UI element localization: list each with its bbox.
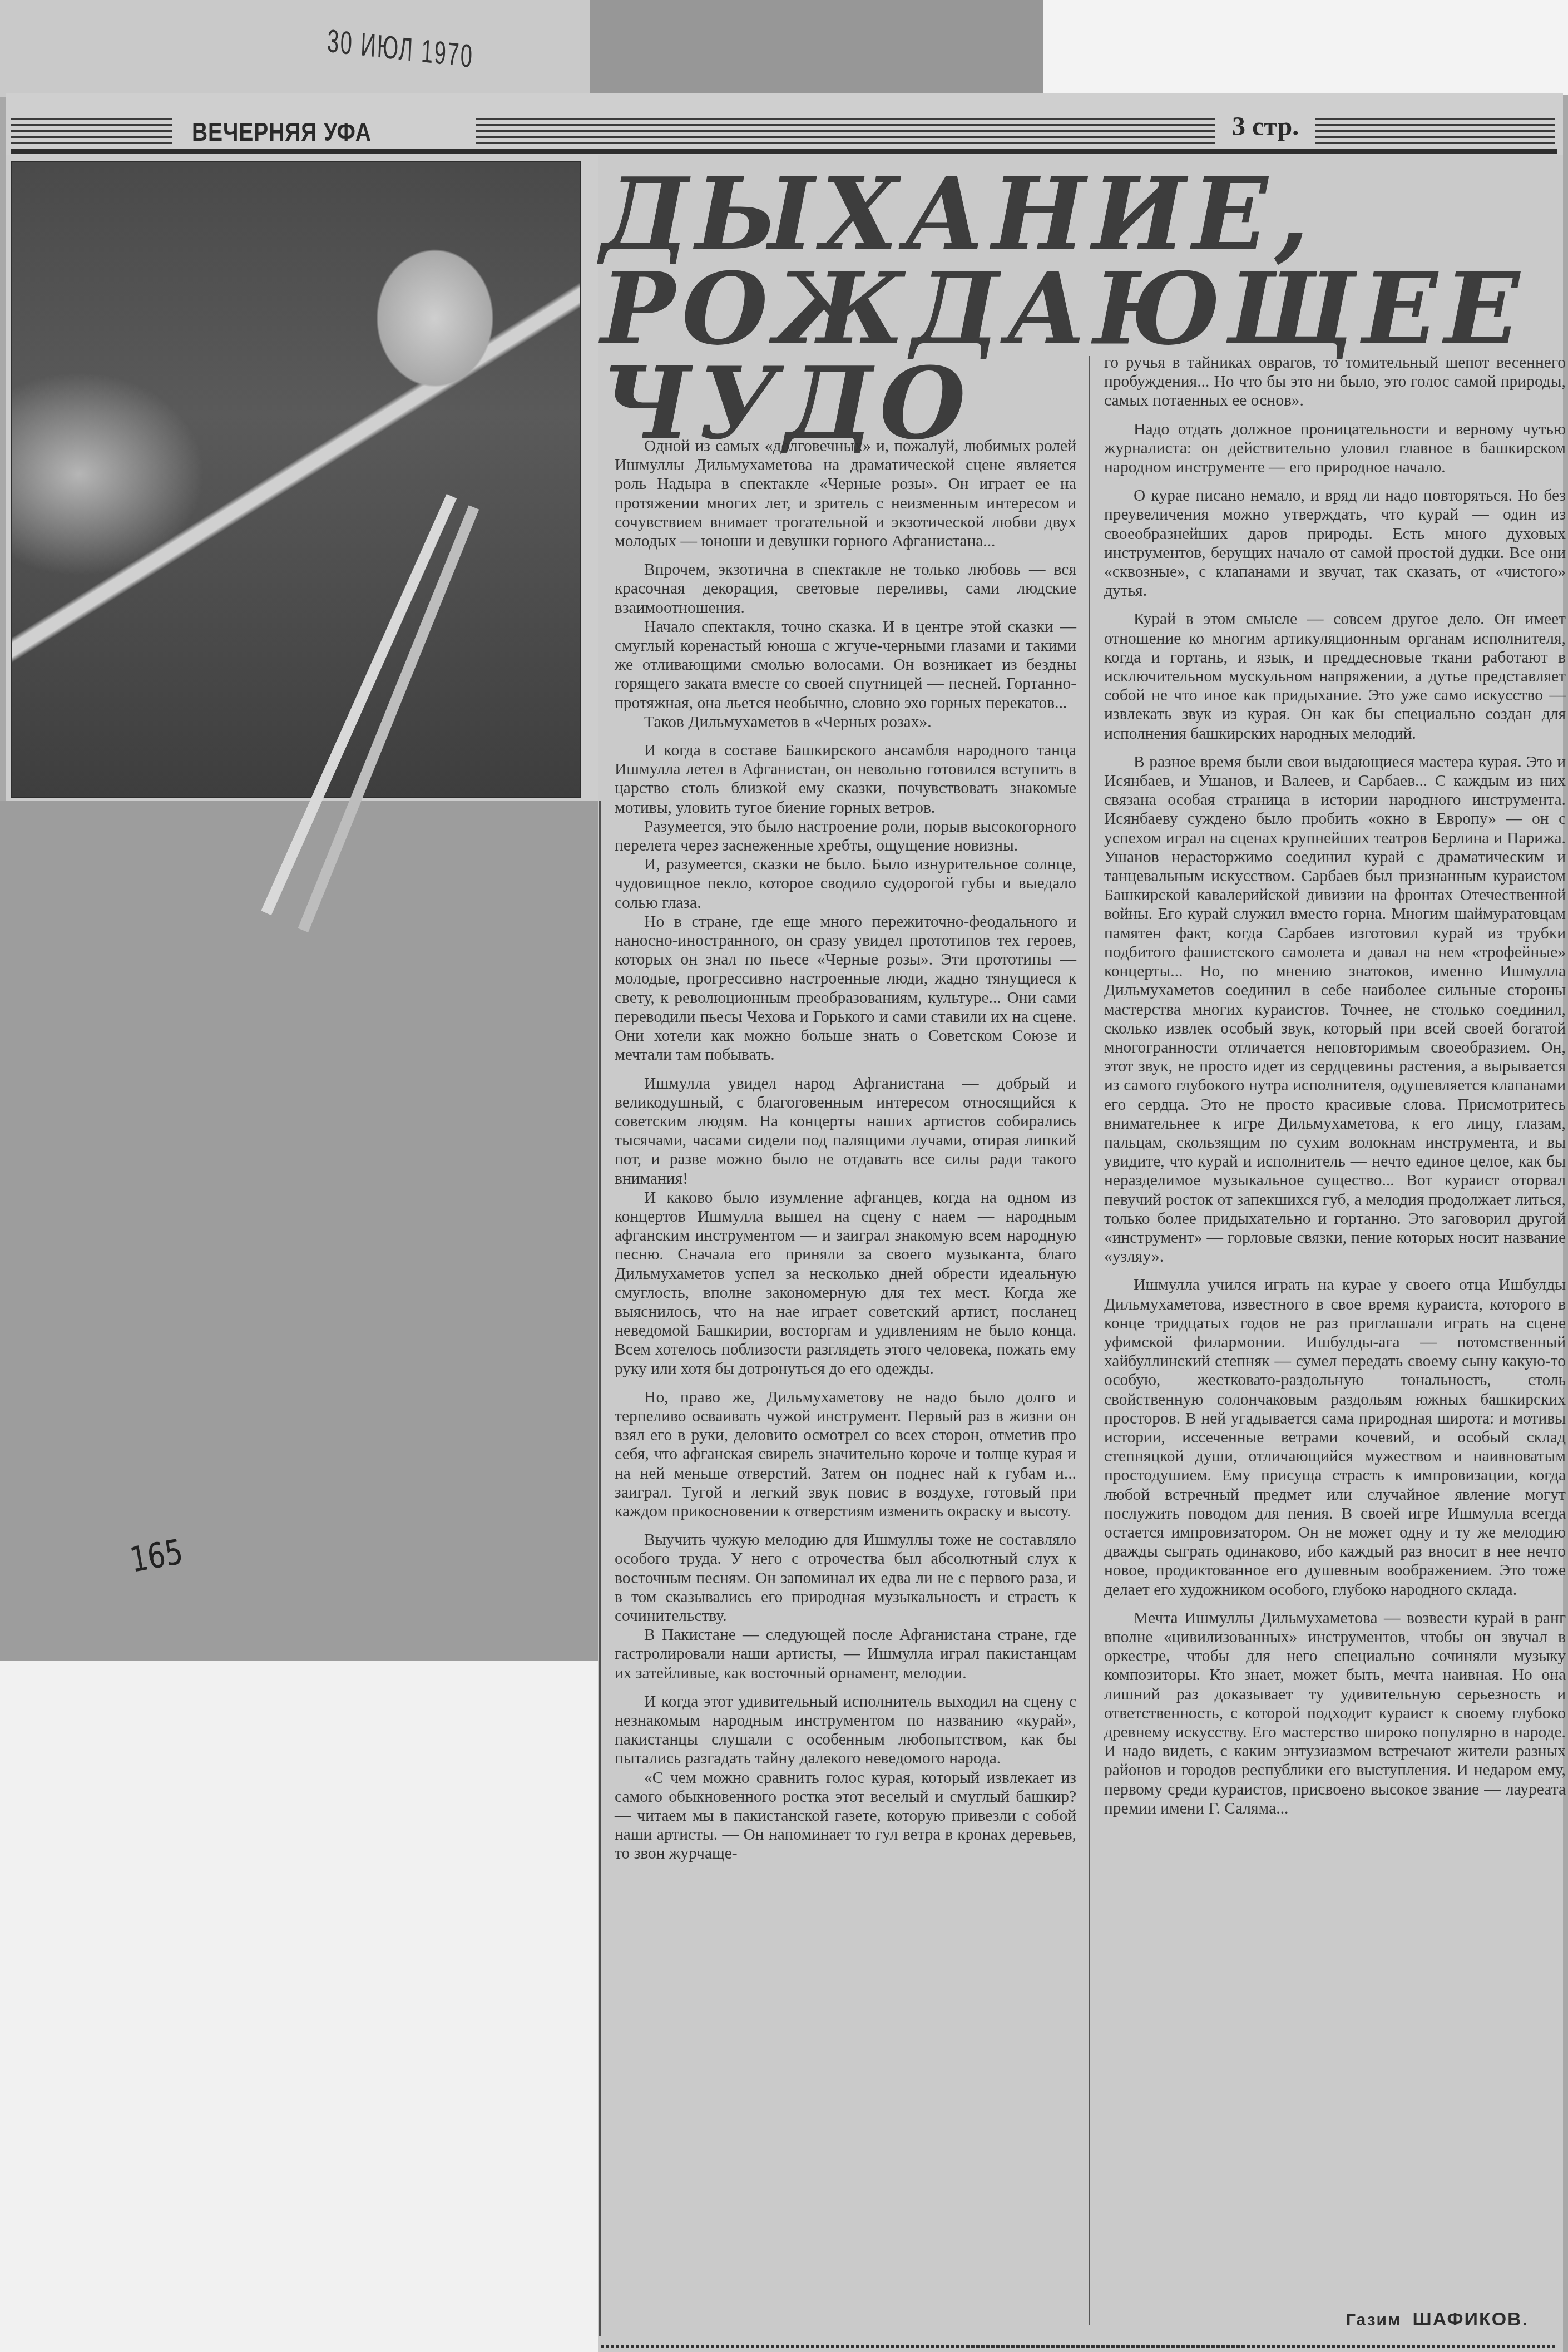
author-first-name: Газим bbox=[1346, 2311, 1401, 2329]
page-number: 3 стр. bbox=[1232, 111, 1299, 142]
paragraph: Ишмулла учился играть на курае у своего … bbox=[1104, 1276, 1566, 1599]
paragraph: Мечта Ишмуллы Дильмухаметова — возвести … bbox=[1104, 1609, 1566, 1818]
paragraph: Ишмулла увидел народ Афганистана — добры… bbox=[615, 1074, 1076, 1188]
column-rule-left bbox=[599, 801, 601, 2336]
paragraph: Надо отдать должное проницательности и в… bbox=[1104, 420, 1566, 477]
clipping-cut-edge bbox=[601, 2345, 1557, 2348]
article-column-right: го ручья в тайниках оврагов, то томитель… bbox=[1104, 353, 1566, 1818]
backing-paper-white-bottom bbox=[0, 1661, 598, 2352]
clipping-top-stub bbox=[0, 0, 590, 97]
paragraph: Впрочем, экзотична в спектакле не только… bbox=[615, 560, 1076, 617]
article-byline: Газим ШАФИКОВ. bbox=[1346, 2309, 1529, 2330]
paragraph: О курае писано немало, и вряд ли надо по… bbox=[1104, 486, 1566, 600]
backing-paper-gray-left bbox=[0, 801, 598, 1661]
paragraph: «С чем можно сравнить голос курая, котор… bbox=[615, 1768, 1076, 1864]
paragraph: Одной из самых «долговечных» и, пожалуй,… bbox=[615, 437, 1076, 551]
paragraph: Начало спектакля, точно сказка. И в цент… bbox=[615, 617, 1076, 713]
masthead-rule-lines-right bbox=[1315, 118, 1555, 152]
paragraph: Курай в этом смысле — совсем другое дело… bbox=[1104, 610, 1566, 743]
masthead-rule-thick bbox=[11, 149, 1557, 154]
article-photo bbox=[11, 161, 581, 798]
headline-line-2: РОЖДАЮЩЕЕ bbox=[601, 261, 1546, 356]
author-surname: ШАФИКОВ. bbox=[1413, 2309, 1529, 2330]
paragraph: В Пакистане — следующей после Афганистан… bbox=[615, 1625, 1076, 1683]
masthead-rule-lines-left bbox=[11, 118, 172, 152]
column-rule-middle bbox=[1089, 356, 1090, 2325]
paragraph: И когда в составе Башкирского ансамбля н… bbox=[615, 741, 1076, 817]
newspaper-name: ВЕЧЕРНЯЯ УФА bbox=[192, 117, 428, 147]
backing-paper-white-top bbox=[1043, 0, 1568, 95]
paragraph: Но, право же, Дильмухаметову не надо был… bbox=[615, 1388, 1076, 1521]
paragraph: И когда этот удивительный исполнитель вы… bbox=[615, 1692, 1076, 1768]
paragraph: Выучить чужую мелодию для Ишмуллы тоже н… bbox=[615, 1530, 1076, 1625]
paragraph: И каково было изумление афганцев, когда … bbox=[615, 1188, 1076, 1378]
paragraph: Но в стране, где еще много пережиточно-ф… bbox=[615, 912, 1076, 1065]
paragraph: го ручья в тайниках оврагов, то томитель… bbox=[1104, 353, 1566, 411]
masthead-rule-lines-middle bbox=[476, 118, 1215, 152]
headline-line-1: ДЫХАНИЕ, bbox=[601, 167, 1546, 261]
article-column-left: Одной из самых «долговечных» и, пожалуй,… bbox=[615, 437, 1076, 1864]
paragraph: И, разумеется, сказки не было. Было изну… bbox=[615, 855, 1076, 912]
paragraph: В разное время были свои выдающиеся маст… bbox=[1104, 753, 1566, 1266]
paragraph: Таков Дильмухаметов в «Черных розах». bbox=[615, 713, 1076, 732]
paragraph: Разумеется, это было настроение роли, по… bbox=[615, 817, 1076, 855]
backing-paper-gray-top bbox=[590, 0, 1043, 97]
